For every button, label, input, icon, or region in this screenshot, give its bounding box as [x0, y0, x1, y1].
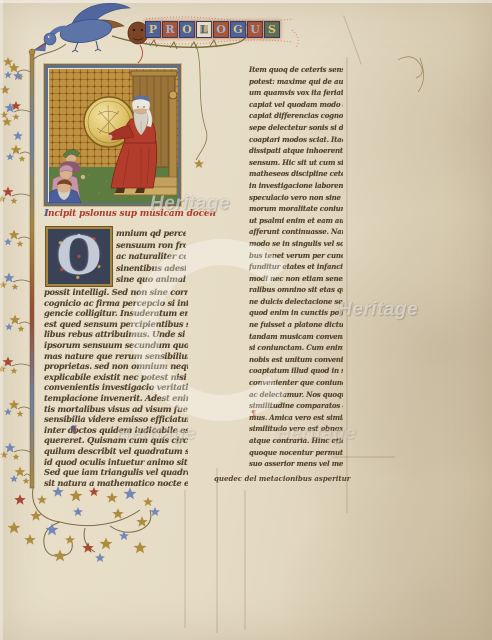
text-line: templacione invenerit. Adest enim: [44, 393, 188, 404]
text-line: funditur etates et infancie ad huius: [249, 261, 343, 273]
title-letter: S: [264, 21, 280, 38]
text-line: sit natura a mathematico nocte e: [44, 478, 188, 489]
text-line: morum moralitate coniuncta sit:: [249, 203, 343, 215]
text-line: mas nature que rerum sensibilium: [44, 351, 188, 362]
text-line: Item quoq de ceteris sensibilibus dici: [249, 64, 343, 76]
text-line: capiat differencias cognosceret nec: [249, 110, 343, 122]
text-line: speculacio vero non sine quadam: [249, 192, 343, 204]
text-line: sepe delectetur sonis si dulces: [249, 122, 343, 134]
text-line: proprietas. sed non omnium neque: [44, 361, 188, 372]
text-line: si coniunctam. Cum enim eo quod in: [249, 342, 343, 354]
text-line: matheseos discipline cetere quidem: [249, 168, 343, 180]
left-column-wrapped-text: mnium qd percepcosensuum ron fronteac na…: [116, 228, 186, 286]
text-line: ac naturaliter consta: [116, 251, 186, 263]
text-line: coaptatum illud quod in sonis apte: [249, 365, 343, 377]
text-line: atque contraria. Hinc etiam mori: [249, 435, 343, 447]
text-line: ralibus omnino sit etas que a cantile: [249, 284, 343, 296]
text-line: similitudine comparatos et contrarie: [249, 400, 343, 412]
text-line: convenienter que coniunctum est eo: [249, 377, 343, 389]
text-line: explicabile existit nec potest nisi que: [44, 372, 188, 383]
text-line: inter doctos quidem iudicabile est: [44, 425, 188, 436]
rubric-incipit: Incipit pslonus sup musicam docen: [44, 209, 204, 219]
text-line: modi nec non etiam senes. In natu: [249, 273, 343, 285]
paragraph-mark-right: ¶: [251, 408, 256, 418]
text-line: id quod oculis intuetur animo sit.: [44, 457, 188, 468]
text-line: suo asserior mens vel metricorde: [249, 458, 343, 470]
miniature-frame: [44, 64, 181, 206]
text-line: afferunt continuasse. Nam non: [249, 226, 343, 238]
text-line: ipsorum sensuum secundum quo ani: [44, 340, 188, 351]
miniature-illustration: [49, 69, 178, 203]
text-line: gencie colligitur. Insuderatum eni: [44, 308, 188, 319]
text-line: sine quo animal no: [116, 274, 186, 286]
text-line: sensibilia videre emisso efficiatur: [44, 414, 188, 425]
text-line: tandam musicam convenienter fuisse: [249, 331, 343, 343]
text-line: tis mortalibus visus ad visum fuerit: [44, 404, 188, 415]
title-letter: U: [247, 21, 263, 38]
text-line: ne dulcis delectacione seiuncta sit:: [249, 296, 343, 308]
catchword-line: quedec del metacionibus asperitur: [214, 474, 340, 483]
text-line: convenientis investigacio veritatis: [44, 382, 188, 393]
text-line: ut psalmi enim et eam audiendi musica: [249, 215, 343, 227]
text-line: mus. Amica vero est similitudo. Sed: [249, 412, 343, 424]
right-column-text: Item quoq de ceteris sensibilibus dicipo…: [249, 64, 343, 470]
left-column-text: possit intelligi. Sed non sine corrideco…: [44, 287, 188, 488]
text-line: capiat vel quodam modo de hiis rediret: [249, 99, 343, 111]
text-line: potest: maxime qui de auditivo anima: [249, 76, 343, 88]
text-line: libus rebus attribuimus. Unde si: [44, 329, 188, 340]
initial-letter: O: [56, 231, 101, 283]
text-line: sinentibus adest ut: [116, 263, 186, 275]
text-line: cognicio ac firma percepcio si intelli: [44, 298, 188, 309]
text-line: possit intelligi. Sed non sine corride: [44, 287, 188, 298]
text-line: similitudo vero est obnoxia atque: [249, 423, 343, 435]
text-line: est qued sensum percipientibus sensi: [44, 319, 188, 330]
text-line: um quamvis vox ita feriat sonos: [249, 87, 343, 99]
text-line: sensuum ron fronte: [116, 240, 186, 252]
title-letter: P: [145, 21, 161, 38]
text-line: Sed que iam triangulis vel quadrati: [44, 467, 188, 478]
text-line: quereret. Quisnam cum quis circulos: [44, 435, 188, 446]
text-line: ne fuisset a platone dictum sit mu: [249, 319, 343, 331]
text-line: in investigacione laborent veritatis: [249, 180, 343, 192]
text-line: quoque nocentur permutacione fiunt: [249, 447, 343, 459]
foliate-initial: O: [46, 227, 112, 286]
manuscript-page: PROLOGUS: [0, 0, 492, 640]
paragraph-mark-left: ¶: [70, 425, 76, 436]
rubric-text: ncipit pslonus sup musicam docen: [48, 209, 216, 219]
title-letter: R: [162, 21, 178, 38]
text-line: quod enim in cunctis potest quod: [249, 307, 343, 319]
title-letter: L: [196, 21, 212, 38]
title-letter: O: [179, 21, 195, 38]
title-letter: G: [230, 21, 246, 38]
title-letter: O: [213, 21, 229, 38]
text-line: dissipati atque inhoerentes feriant: [249, 145, 343, 157]
text-line: nobis est unitum convenienter que: [249, 354, 343, 366]
text-line: ac delectamur. Nos quoque esse nod: [249, 389, 343, 401]
text-line: coaptari modos sciat. Itaque vero si: [249, 134, 343, 146]
text-line: sensum. Hic sit ut cum sint quedam: [249, 157, 343, 169]
text-line: modo se in singulis vel sordis vel etati: [249, 238, 343, 250]
text-line: bus tenet verum per cunctas dif: [249, 250, 343, 262]
left-border-bar: [29, 49, 35, 488]
text-line: quilum describit vel quadratum suole: [44, 446, 188, 457]
text-line: mnium qd percepco: [116, 228, 186, 240]
title-prologus: PROLOGUS: [145, 21, 280, 38]
